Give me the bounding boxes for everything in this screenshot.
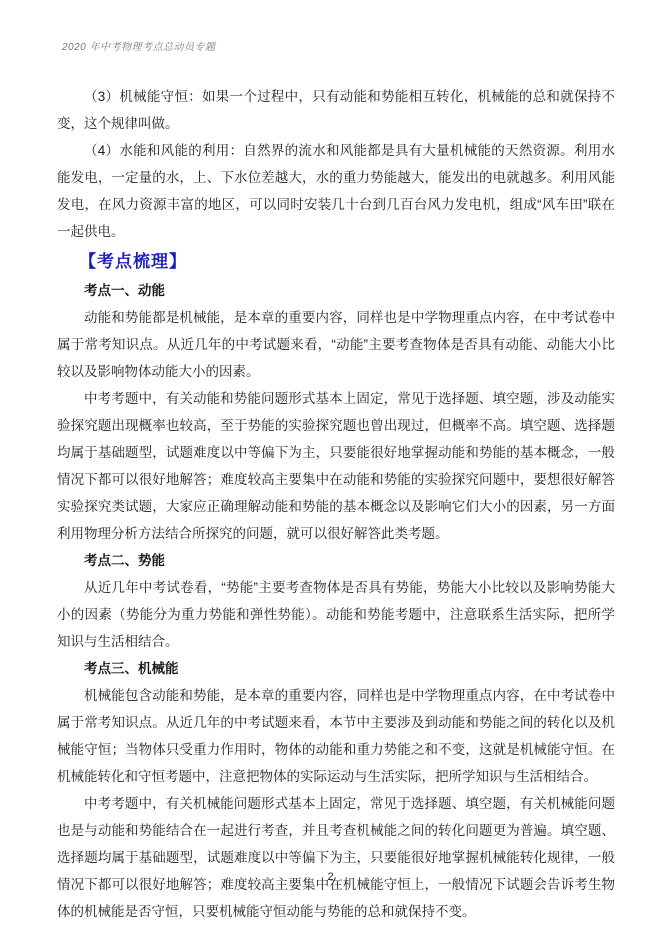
heading-point-3-mechanical-energy: 考点三、机械能 <box>57 655 615 682</box>
document-content: （3）机械能守恒：如果一个过程中，只有动能和势能相互转化，机械能的总和就保持不变… <box>57 83 615 925</box>
document-page: 2020 年中考物理考点总动员专题 （3）机械能守恒：如果一个过程中，只有动能和… <box>0 0 661 935</box>
intro-paragraph-4: （4）水能和风能的利用：自然界的流水和风能都是具有大量机械能的天然资源。利用水能… <box>57 137 615 245</box>
point-1-paragraph-1: 动能和势能都是机械能，是本章的重要内容，同样也是中学物理重点内容，在中考试卷中属… <box>57 304 615 385</box>
point-2-paragraph-1: 从近几年中考试卷看，“势能”主要考查物体是否具有势能，势能大小比较以及影响势能大… <box>57 574 615 655</box>
intro-paragraph-3: （3）机械能守恒：如果一个过程中，只有动能和势能相互转化，机械能的总和就保持不变… <box>57 83 615 137</box>
point-3-paragraph-2: 中考考题中，有关机械能问题形式基本上固定，常见于选择题、填空题，有关机械能问题也… <box>57 790 615 925</box>
running-header: 2020 年中考物理考点总动员专题 <box>62 42 216 54</box>
heading-point-2-potential-energy: 考点二、势能 <box>57 547 615 574</box>
point-3-paragraph-1: 机械能包含动能和势能，是本章的重要内容，同样也是中学物理重点内容，在中考试卷中属… <box>57 682 615 790</box>
page-number: 2 <box>0 871 661 883</box>
heading-point-1-kinetic-energy: 考点一、动能 <box>57 277 615 304</box>
section-header-kaodian-shuli: 【考点梳理】 <box>57 248 615 275</box>
point-1-paragraph-2: 中考考题中，有关动能和势能问题形式基本上固定，常见于选择题、填空题，涉及动能实验… <box>57 385 615 547</box>
